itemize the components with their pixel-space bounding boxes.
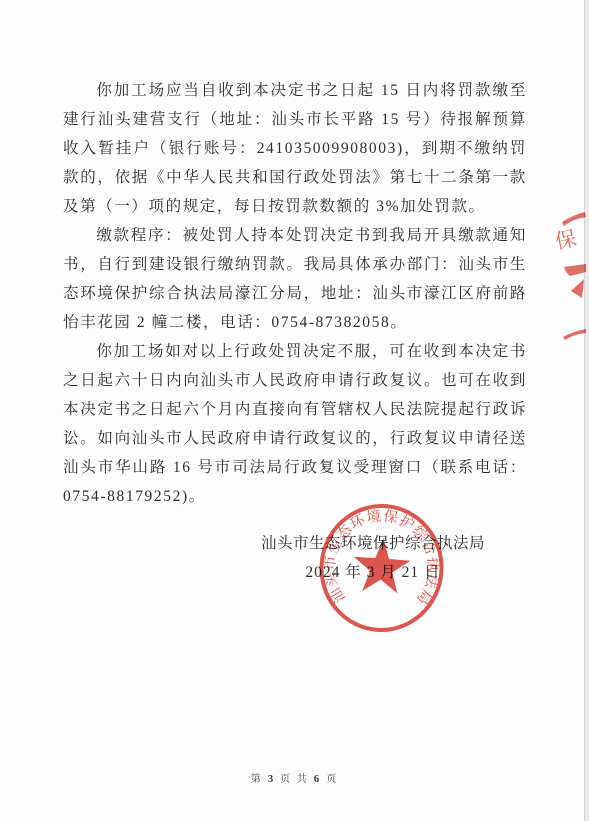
seal-star-icon [351, 536, 412, 594]
official-round-seal: 汕头市生态环境保护综合执法局 [293, 479, 469, 656]
page-footer: 第3页 共6页 [0, 770, 589, 785]
paragraph-payment-procedure: 缴款程序：被处罚人持本处罚决定书到我局开具缴款通知书，自行到建设银行缴纳罚款。我… [63, 221, 527, 337]
paragraph-appeal-rights: 你加工场如对以上行政处罚决定不服，可在收到本决定书之日起六十日内向汕头市人民政府… [63, 337, 527, 511]
footer-page-number: 3 [268, 773, 276, 785]
paragraph-payment-deadline: 你加工场应当自收到本决定书之日起 15 日内将罚款缴至建行汕头建营支行（地址：汕… [63, 76, 527, 221]
footer-suffix: 页 [326, 774, 338, 785]
seal-fragment-stroke-top [562, 212, 586, 226]
document-body: 你加工场应当自收到本决定书之日起 15 日内将罚款缴至建行汕头建营支行（地址：汕… [63, 76, 527, 511]
seal-fragment-char: 保 [553, 226, 579, 254]
footer-prefix: 第 [251, 774, 263, 785]
seal-fragment-triangle [571, 279, 584, 298]
cross-page-seal-fragments: 保 [552, 205, 589, 345]
footer-total-pages: 6 [314, 773, 322, 785]
seal-fragment-flag [564, 264, 586, 276]
footer-infix: 页 共 [280, 774, 309, 785]
scanned-document-page: 你加工场应当自收到本决定书之日起 15 日内将罚款缴至建行汕头建营支行（地址：汕… [0, 0, 589, 821]
seal-fragment-dash-bottom [563, 329, 586, 340]
paper-scan-edge [584, 0, 589, 821]
